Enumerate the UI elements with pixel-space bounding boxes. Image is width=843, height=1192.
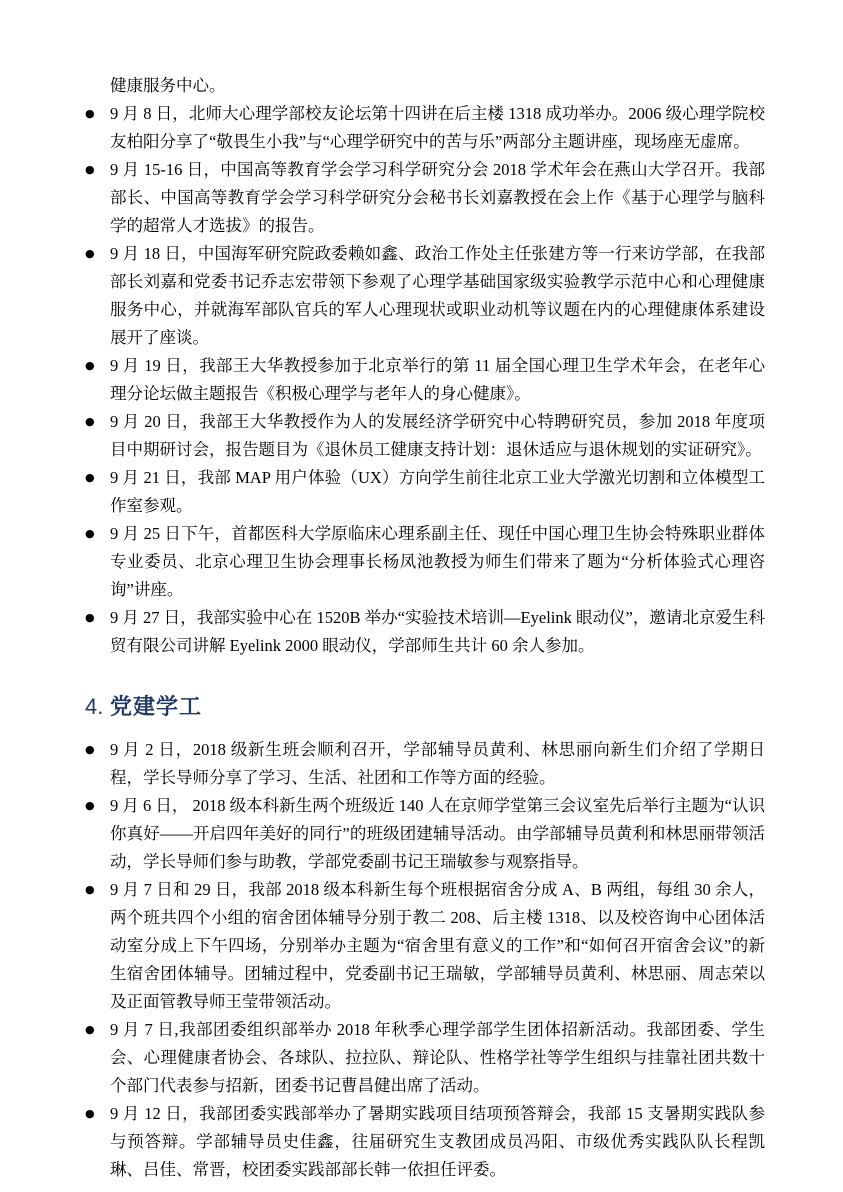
bullet-icon: ● — [85, 1016, 110, 1044]
news-item-text: 9 月 27 日，我部实验中心在 1520B 举办“实验技术培训—Eyelink… — [110, 604, 765, 660]
bullet-icon: ● — [85, 520, 110, 548]
bullet-icon: ● — [85, 736, 110, 764]
paragraph-continuation: 健康服务中心。 — [110, 72, 765, 100]
news-item-text: 9 月 18 日，中国海军研究院政委赖如鑫、政治工作处主任张建方等一行来访学部，… — [110, 240, 765, 352]
news-item-text: 9 月 25 日下午，首都医科大学原临床心理系副主任、现任中国心理卫生协会特殊职… — [110, 520, 765, 604]
news-item-text: 9 月 21 日，我部 MAP 用户体验（UX）方向学生前往北京工业大学激光切割… — [110, 464, 765, 520]
news-item-text: 9 月 7 日,我部团委组织部举办 2018 年秋季心理学部学生团体招新活动。我… — [110, 1016, 765, 1100]
news-item-text: 9 月 12 日，我部团委实践部举办了暑期实践项目结项预答辩会，我部 15 支暑… — [110, 1100, 765, 1184]
news-item-text: 9 月 2 日，2018 级新生班会顺利召开，学部辅导员黄利、林思丽向新生们介绍… — [110, 736, 765, 792]
bullet-icon: ● — [85, 100, 110, 128]
document-page: 健康服务中心。 ● 9 月 8 日，北师大心理学部校友论坛第十四讲在后主楼 13… — [0, 0, 843, 1192]
news-list-section-3: ● 9 月 8 日，北师大心理学部校友论坛第十四讲在后主楼 1318 成功举办。… — [85, 100, 765, 660]
bullet-icon: ● — [85, 1100, 110, 1128]
section-number: 4. — [85, 692, 110, 722]
list-item: ● 9 月 25 日下午，首都医科大学原临床心理系副主任、现任中国心理卫生协会特… — [85, 520, 765, 604]
list-item: ● 9 月 12 日，我部团委实践部举办了暑期实践项目结项预答辩会，我部 15 … — [85, 1100, 765, 1184]
news-item-text: 9 月 8 日，北师大心理学部校友论坛第十四讲在后主楼 1318 成功举办。20… — [110, 100, 765, 156]
section-title: 党建学工 — [110, 692, 202, 722]
news-item-text: 9 月 6 日， 2018 级本科新生两个班级近 140 人在京师学堂第三会议室… — [110, 792, 765, 876]
bullet-icon: ● — [85, 352, 110, 380]
bullet-icon: ● — [85, 464, 110, 492]
list-item: ● 9 月 18 日，中国海军研究院政委赖如鑫、政治工作处主任张建方等一行来访学… — [85, 240, 765, 352]
bullet-icon: ● — [85, 604, 110, 632]
news-item-text: 9 月 19 日，我部王大华教授参加于北京举行的第 11 届全国心理卫生学术年会… — [110, 352, 765, 408]
list-item: ● 9 月 7 日和 29 日，我部 2018 级本科新生每个班根据宿舍分成 A… — [85, 876, 765, 1016]
section-heading-4: 4. 党建学工 — [85, 692, 765, 722]
news-item-text: 9 月 7 日和 29 日，我部 2018 级本科新生每个班根据宿舍分成 A、B… — [110, 876, 765, 1016]
bullet-icon: ● — [85, 792, 110, 820]
list-item: ● 9 月 8 日，北师大心理学部校友论坛第十四讲在后主楼 1318 成功举办。… — [85, 100, 765, 156]
list-item: ● 9 月 19 日，我部王大华教授参加于北京举行的第 11 届全国心理卫生学术… — [85, 352, 765, 408]
list-item: ● 9 月 27 日，我部实验中心在 1520B 举办“实验技术培训—Eyeli… — [85, 604, 765, 660]
list-item: ● 9 月 2 日，2018 级新生班会顺利召开，学部辅导员黄利、林思丽向新生们… — [85, 736, 765, 792]
news-item-text: 9 月 20 日，我部王大华教授作为人的发展经济学研究中心特聘研究员，参加 20… — [110, 408, 765, 464]
list-item: ● 9 月 7 日,我部团委组织部举办 2018 年秋季心理学部学生团体招新活动… — [85, 1016, 765, 1100]
news-item-text: 9 月 15-16 日，中国高等教育学会学习科学研究分会 2018 学术年会在燕… — [110, 156, 765, 240]
list-item: ● 9 月 20 日，我部王大华教授作为人的发展经济学研究中心特聘研究员，参加 … — [85, 408, 765, 464]
list-item: ● 9 月 15-16 日，中国高等教育学会学习科学研究分会 2018 学术年会… — [85, 156, 765, 240]
bullet-icon: ● — [85, 408, 110, 436]
list-item: ● 9 月 6 日， 2018 级本科新生两个班级近 140 人在京师学堂第三会… — [85, 792, 765, 876]
list-item: ● 9 月 21 日，我部 MAP 用户体验（UX）方向学生前往北京工业大学激光… — [85, 464, 765, 520]
bullet-icon: ● — [85, 876, 110, 904]
bullet-icon: ● — [85, 156, 110, 184]
bullet-icon: ● — [85, 240, 110, 268]
news-list-section-4: ● 9 月 2 日，2018 级新生班会顺利召开，学部辅导员黄利、林思丽向新生们… — [85, 736, 765, 1184]
